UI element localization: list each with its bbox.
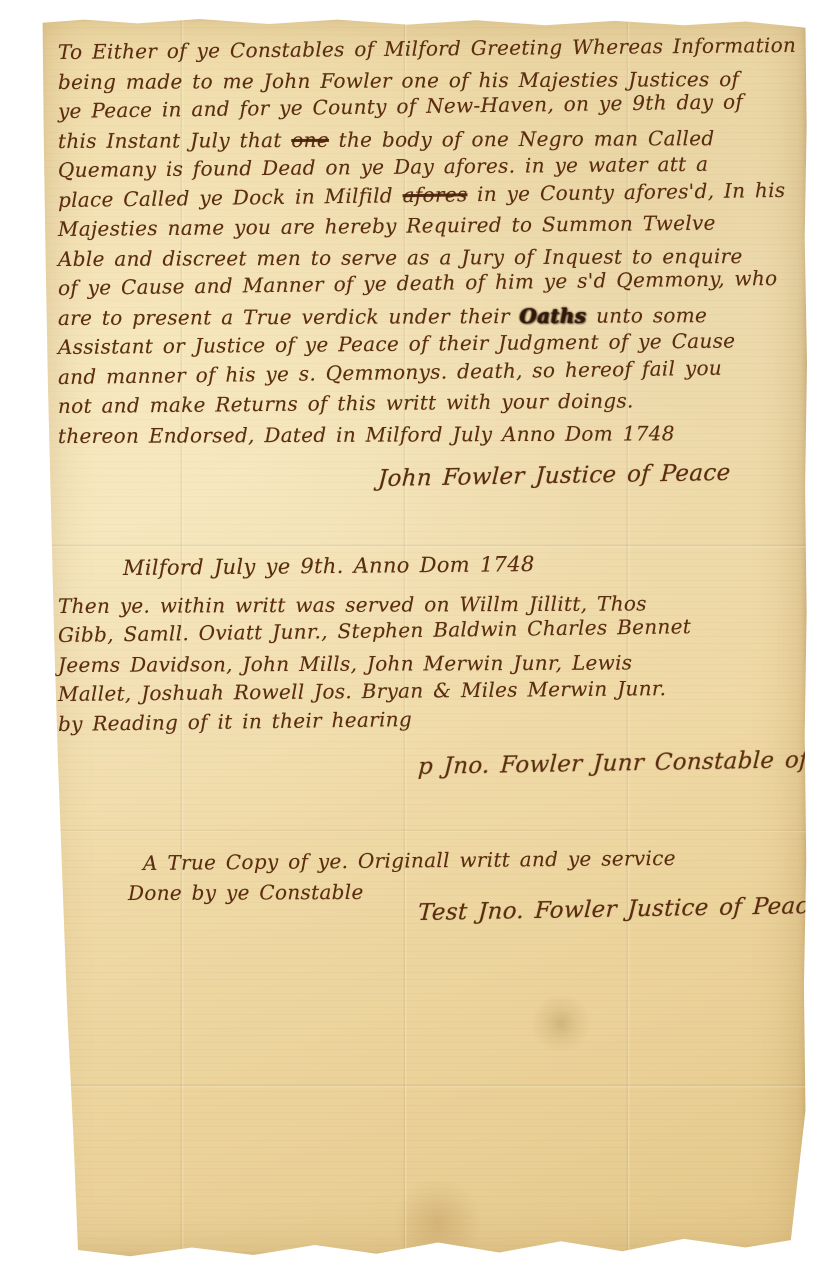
scan-background: To Either of ye Constables of Milford Gr… (0, 0, 825, 1288)
attestation-body: A True Copy of ye. Originall writt and y… (58, 849, 799, 929)
fold-crease-horizontal-3 (38, 1084, 807, 1088)
justice-signature: John Fowler Justice of Peace (377, 458, 800, 495)
constable-signature: p Jno. Fowler Junr Constable of Milford (417, 746, 800, 782)
return-dateline: Milford July ye 9th. Anno Dom 1748 (123, 548, 799, 584)
line-text: unto some (586, 303, 707, 328)
document-paper: To Either of ye Constables of Milford Gr… (38, 14, 807, 1260)
manuscript-line: thereon Endorsed, Dated in Milford July … (58, 418, 799, 451)
attestation-signature: Test Jno. Fowler Justice of Peace (417, 892, 800, 928)
line-text: in ye County afores'd, In his (467, 177, 785, 205)
line-text: place Called ye Dock in Milfild (58, 183, 403, 212)
manuscript-line: Majesties name you are hereby Required t… (58, 208, 799, 245)
writ-body: To Either of ye Constables of Milford Gr… (58, 38, 799, 495)
manuscript-line: A True Copy of ye. Originall writt and y… (143, 843, 799, 879)
manuscript-line: not and make Returns of this writt with … (58, 385, 799, 422)
line-text: are to present a True verdick under thei… (58, 303, 520, 329)
line-text: the body of one Negro man Called (329, 126, 715, 152)
line-text: this Instant July that (58, 127, 291, 152)
struck-out-word: one (291, 127, 329, 151)
service-return-body: Milford July ye 9th. Anno Dom 1748 Then … (58, 554, 799, 783)
fold-crease-horizontal-2 (38, 829, 807, 833)
struck-out-word: afores (402, 182, 467, 207)
ink-blotted-word: Oaths (519, 303, 586, 327)
manuscript-line: To Either of ye Constables of Milford Gr… (58, 31, 799, 68)
fold-crease-horizontal-1 (38, 544, 807, 548)
